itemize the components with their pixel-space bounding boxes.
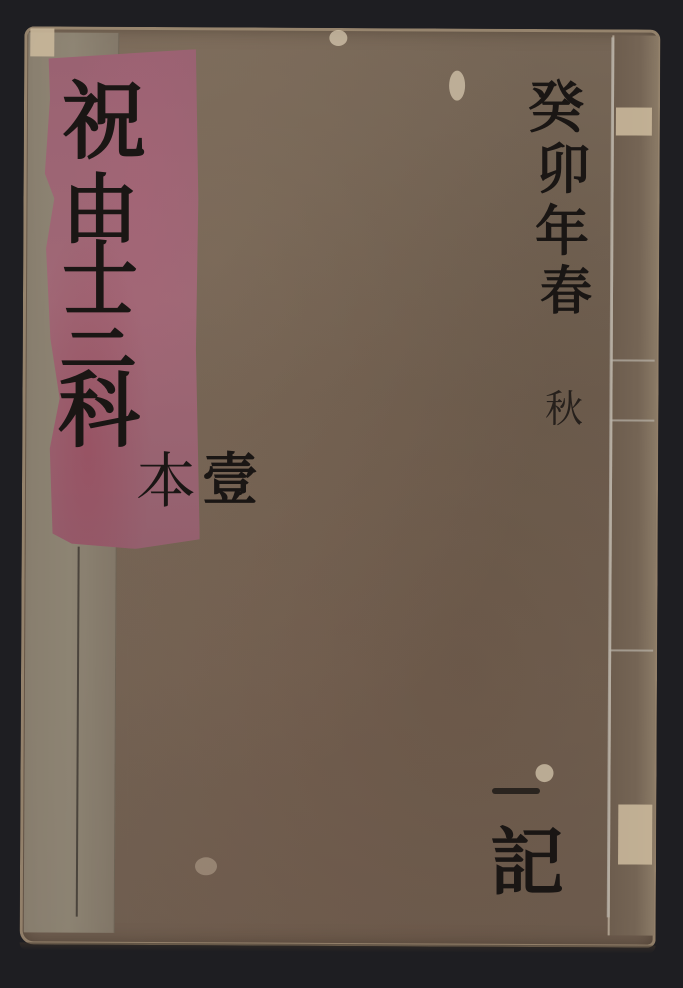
binding-thread-horizontal	[610, 419, 654, 421]
date-char: 癸	[528, 80, 584, 136]
worn-patch	[30, 28, 54, 56]
paper-damage	[449, 71, 465, 101]
date-char: 秋	[545, 390, 583, 428]
title-char: 科	[58, 370, 140, 452]
record-char: 記	[490, 826, 564, 900]
date-char: 春	[540, 266, 592, 318]
right-spine-binding	[608, 35, 659, 935]
worn-patch	[618, 804, 652, 864]
date-char: 卯	[536, 142, 590, 196]
paper-damage	[329, 30, 347, 46]
date-char: 年	[535, 204, 589, 258]
binding-thread-horizontal	[609, 649, 653, 651]
paper-damage	[195, 857, 217, 875]
volume-char: 壹	[202, 452, 258, 508]
title-char: 祝	[62, 80, 146, 164]
paper-damage	[535, 764, 553, 782]
binding-thread-horizontal	[611, 359, 655, 361]
worn-patch	[616, 107, 652, 135]
volume-char: 本	[136, 452, 196, 512]
ink-dash	[492, 788, 540, 794]
